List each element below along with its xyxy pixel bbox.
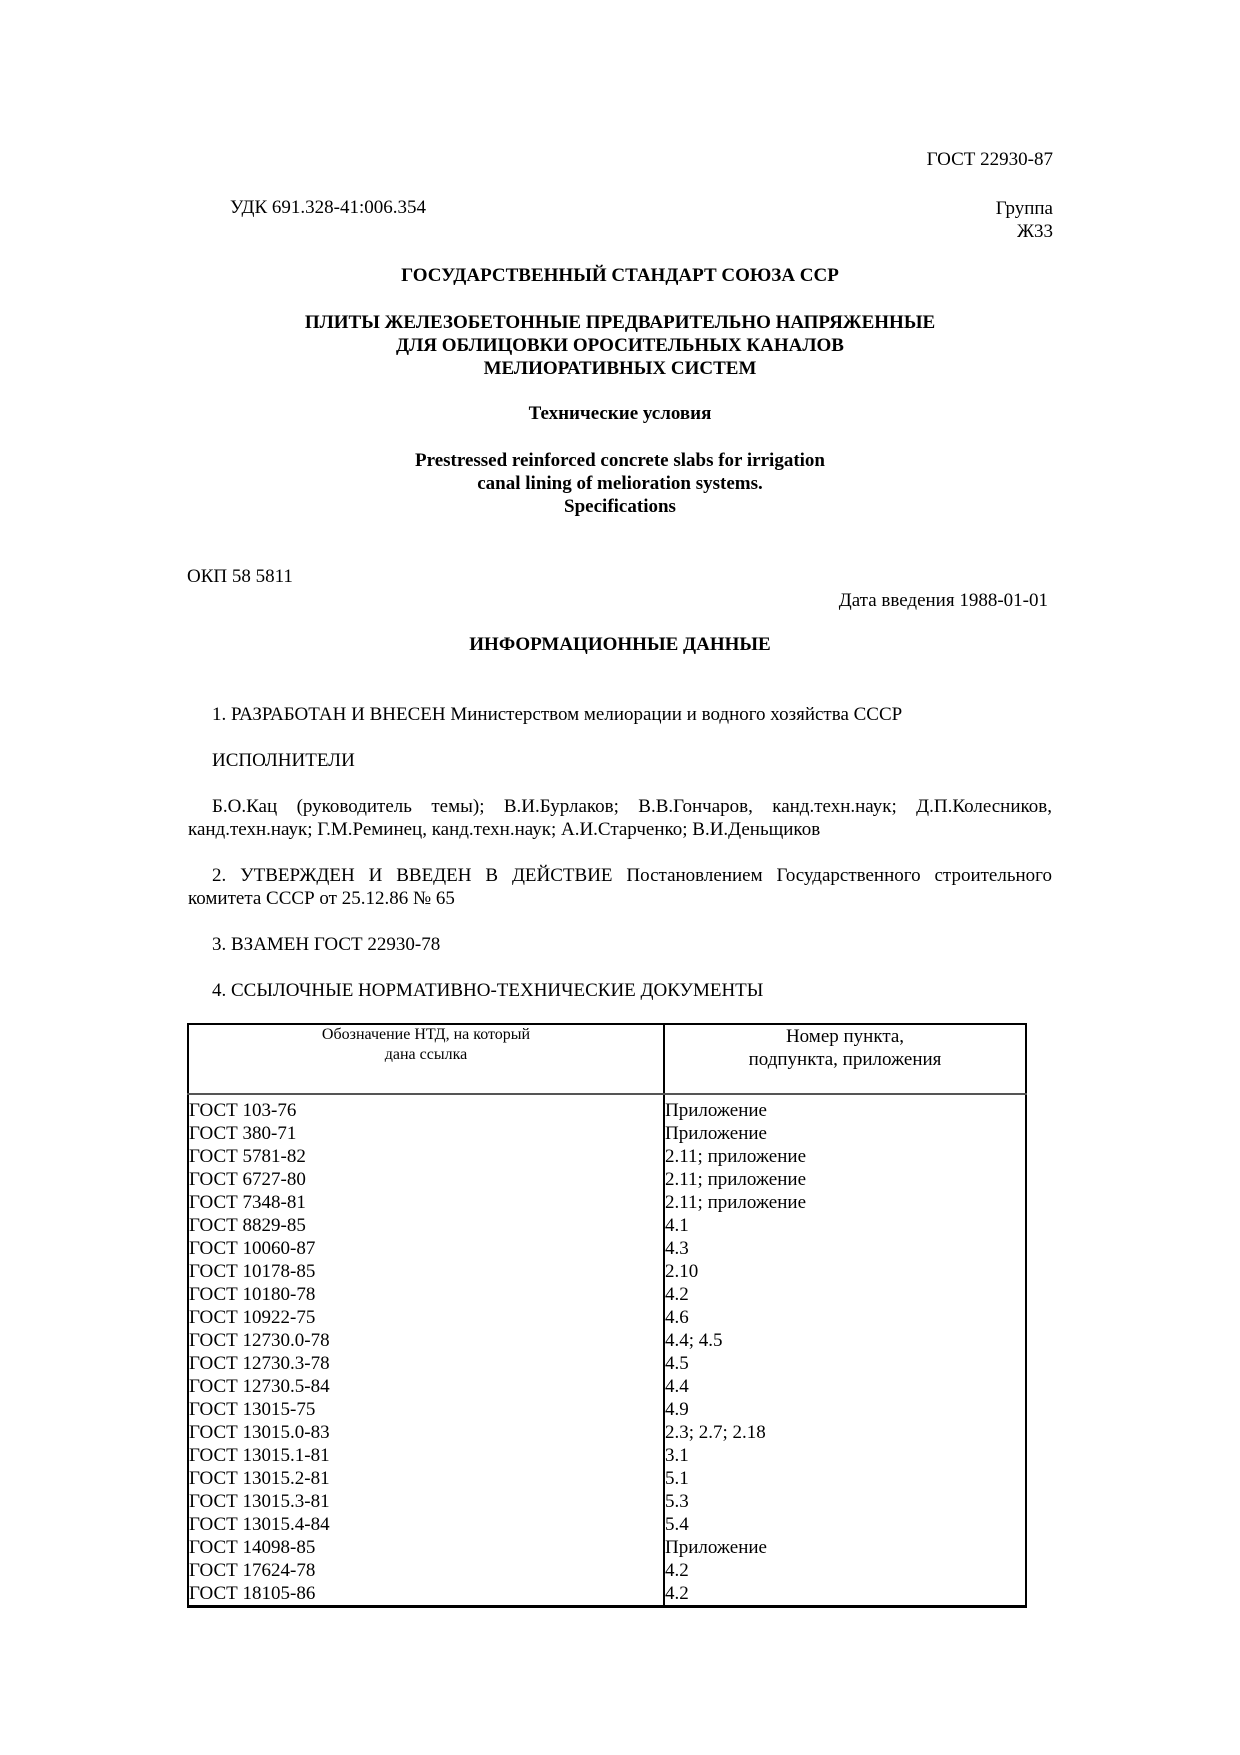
info-item-3: 3. ВЗАМЕН ГОСТ 22930-78 (188, 933, 1052, 956)
okp-code: ОКП 58 5811 (187, 566, 293, 588)
document-designation-cell: ГОСТ 10178-85 (188, 1260, 664, 1283)
intro-date: Дата введения 1988-01-01 (839, 590, 1048, 612)
column-header-document-line: дана ссылка (189, 1045, 663, 1065)
table-row: ГОСТ 12730.5-844.4 (188, 1375, 1026, 1398)
references-table-body: ГОСТ 103-76ПриложениеГОСТ 380-71Приложен… (188, 1094, 1026, 1607)
table-row: ГОСТ 12730.0-784.4; 4.5 (188, 1329, 1026, 1352)
english-title-line: Prestressed reinforced concrete slabs fo… (0, 449, 1240, 472)
udk-code: УДК 691.328-41:006.354 (230, 197, 426, 219)
english-title-line: canal lining of melioration systems. (0, 472, 1240, 495)
clause-reference-cell: 5.4 (664, 1513, 1026, 1536)
document-designation-cell: ГОСТ 7348-81 (188, 1191, 664, 1214)
table-row: ГОСТ 10180-784.2 (188, 1283, 1026, 1306)
info-heading: ИНФОРМАЦИОННЫЕ ДАННЫЕ (0, 634, 1240, 656)
table-header-row: Обозначение НТД, на который дана ссылка … (188, 1024, 1026, 1094)
group-block: Группа Ж33 (996, 197, 1053, 243)
references-table: Обозначение НТД, на который дана ссылка … (187, 1023, 1027, 1608)
document-designation-cell: ГОСТ 380-71 (188, 1122, 664, 1145)
document-designation-cell: ГОСТ 10180-78 (188, 1283, 664, 1306)
table-row: ГОСТ 6727-802.11; приложение (188, 1168, 1026, 1191)
document-designation-cell: ГОСТ 12730.5-84 (188, 1375, 664, 1398)
table-row: ГОСТ 13015-754.9 (188, 1398, 1026, 1421)
table-row: ГОСТ 12730.3-784.5 (188, 1352, 1026, 1375)
group-label: Группа (996, 197, 1053, 220)
document-designation-cell: ГОСТ 13015.3-81 (188, 1490, 664, 1513)
document-designation-cell: ГОСТ 13015.1-81 (188, 1444, 664, 1467)
document-designation-cell: ГОСТ 13015.4-84 (188, 1513, 664, 1536)
clause-reference-cell: 4.2 (664, 1582, 1026, 1607)
clause-reference-cell: 4.5 (664, 1352, 1026, 1375)
document-name-line: ПЛИТЫ ЖЕЛЕЗОБЕТОННЫЕ ПРЕДВАРИТЕЛЬНО НАПР… (0, 311, 1240, 334)
document-name: ПЛИТЫ ЖЕЛЕЗОБЕТОННЫЕ ПРЕДВАРИТЕЛЬНО НАПР… (0, 311, 1240, 380)
info-item-1: 1. РАЗРАБОТАН И ВНЕСЕН Министерством мел… (188, 703, 1052, 726)
clause-reference-cell: 4.9 (664, 1398, 1026, 1421)
table-row: ГОСТ 8829-854.1 (188, 1214, 1026, 1237)
clause-reference-cell: 2.11; приложение (664, 1191, 1026, 1214)
clause-reference-cell: 2.3; 2.7; 2.18 (664, 1421, 1026, 1444)
clause-reference-cell: 4.4 (664, 1375, 1026, 1398)
table-row: ГОСТ 5781-822.11; приложение (188, 1145, 1026, 1168)
document-designation-cell: ГОСТ 10922-75 (188, 1306, 664, 1329)
clause-reference-cell: 3.1 (664, 1444, 1026, 1467)
column-header-clause: Номер пункта, подпункта, приложения (664, 1024, 1026, 1094)
column-header-document: Обозначение НТД, на который дана ссылка (188, 1024, 664, 1094)
clause-reference-cell: 5.3 (664, 1490, 1026, 1513)
document-designation-cell: ГОСТ 18105-86 (188, 1582, 664, 1607)
document-designation-cell: ГОСТ 13015.0-83 (188, 1421, 664, 1444)
document-designation-cell: ГОСТ 12730.3-78 (188, 1352, 664, 1375)
column-header-clause-line: подпункта, приложения (665, 1048, 1025, 1071)
table-row: ГОСТ 10178-852.10 (188, 1260, 1026, 1283)
table-row: ГОСТ 13015.0-832.3; 2.7; 2.18 (188, 1421, 1026, 1444)
english-title-line: Specifications (0, 495, 1240, 518)
clause-reference-cell: 4.2 (664, 1559, 1026, 1582)
info-item-4: 4. ССЫЛОЧНЫЕ НОРМАТИВНО-ТЕХНИЧЕСКИЕ ДОКУ… (188, 979, 1052, 1002)
clause-reference-cell: 4.6 (664, 1306, 1026, 1329)
table-row: ГОСТ 13015.3-815.3 (188, 1490, 1026, 1513)
table-row: ГОСТ 13015.4-845.4 (188, 1513, 1026, 1536)
document-subtitle: Технические условия (0, 403, 1240, 425)
clause-reference-cell: 4.3 (664, 1237, 1026, 1260)
table-row: ГОСТ 13015.2-815.1 (188, 1467, 1026, 1490)
document-designation-cell: ГОСТ 17624-78 (188, 1559, 664, 1582)
table-row: ГОСТ 13015.1-813.1 (188, 1444, 1026, 1467)
table-row: ГОСТ 10060-874.3 (188, 1237, 1026, 1260)
clause-reference-cell: 4.2 (664, 1283, 1026, 1306)
group-code: Ж33 (996, 220, 1053, 243)
document-designation-cell: ГОСТ 6727-80 (188, 1168, 664, 1191)
table-row: ГОСТ 10922-754.6 (188, 1306, 1026, 1329)
column-header-document-line: Обозначение НТД, на который (189, 1025, 663, 1045)
document-designation-cell: ГОСТ 13015-75 (188, 1398, 664, 1421)
document-name-line: ДЛЯ ОБЛИЦОВКИ ОРОСИТЕЛЬНЫХ КАНАЛОВ (0, 334, 1240, 357)
document-designation-cell: ГОСТ 13015.2-81 (188, 1467, 664, 1490)
table-row: ГОСТ 103-76Приложение (188, 1094, 1026, 1122)
document-name-line: МЕЛИОРАТИВНЫХ СИСТЕМ (0, 357, 1240, 380)
clause-reference-cell: 2.11; приложение (664, 1145, 1026, 1168)
clause-reference-cell: Приложение (664, 1094, 1026, 1122)
table-row: ГОСТ 380-71Приложение (188, 1122, 1026, 1145)
document-designation-cell: ГОСТ 8829-85 (188, 1214, 664, 1237)
table-row: ГОСТ 7348-812.11; приложение (188, 1191, 1026, 1214)
clause-reference-cell: 4.1 (664, 1214, 1026, 1237)
document-designation-cell: ГОСТ 10060-87 (188, 1237, 664, 1260)
clause-reference-cell: 4.4; 4.5 (664, 1329, 1026, 1352)
document-designation-cell: ГОСТ 12730.0-78 (188, 1329, 664, 1352)
table-row: ГОСТ 17624-784.2 (188, 1559, 1026, 1582)
clause-reference-cell: 2.11; приложение (664, 1168, 1026, 1191)
document-designation-cell: ГОСТ 103-76 (188, 1094, 664, 1122)
executors-list: Б.О.Кац (руководитель темы); В.И.Бурлако… (188, 795, 1052, 841)
document-designation-cell: ГОСТ 5781-82 (188, 1145, 664, 1168)
clause-reference-cell: Приложение (664, 1122, 1026, 1145)
table-row: ГОСТ 14098-85Приложение (188, 1536, 1026, 1559)
document-designation-cell: ГОСТ 14098-85 (188, 1536, 664, 1559)
clause-reference-cell: Приложение (664, 1536, 1026, 1559)
gost-number: ГОСТ 22930-87 (927, 149, 1053, 171)
clause-reference-cell: 5.1 (664, 1467, 1026, 1490)
standard-title: ГОСУДАРСТВЕННЫЙ СТАНДАРТ СОЮЗА ССР (0, 265, 1240, 287)
info-item-2: 2. УТВЕРЖДЕН И ВВЕДЕН В ДЕЙСТВИЕ Постано… (188, 864, 1052, 910)
english-title: Prestressed reinforced concrete slabs fo… (0, 449, 1240, 518)
column-header-clause-line: Номер пункта, (665, 1025, 1025, 1048)
clause-reference-cell: 2.10 (664, 1260, 1026, 1283)
executors-label: ИСПОЛНИТЕЛИ (188, 749, 1052, 772)
table-row: ГОСТ 18105-864.2 (188, 1582, 1026, 1607)
